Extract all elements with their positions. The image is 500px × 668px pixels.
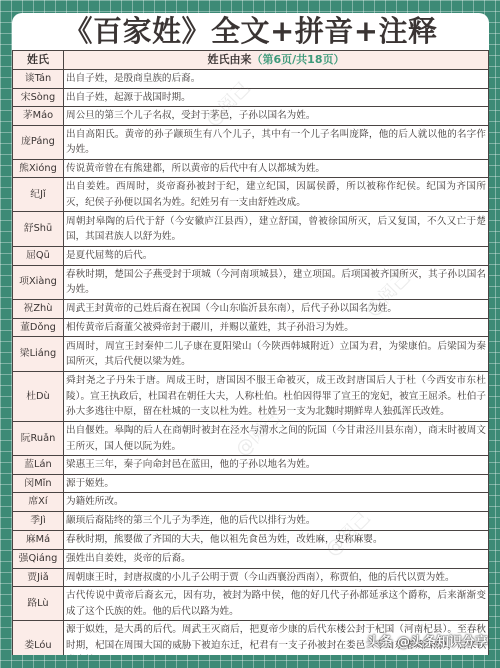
document-card: 《百家姓》全文+拼音+注释 姓氏 姓氏由来（第6页/共18页） 谈Tán出自子姓… — [12, 13, 489, 655]
surname-cell: 席Xí — [13, 493, 64, 512]
surname-cell: 梁Liáng — [13, 337, 64, 372]
origin-cell: 为籍姓所改。 — [64, 493, 489, 512]
source-watermark: 头条 @头条知识分享 — [366, 631, 488, 650]
column-header-surname: 姓氏 — [13, 51, 64, 70]
surname-cell: 纪Jǐ — [13, 178, 64, 212]
origin-cell: 春秋时期，熊婴做了齐国的大夫，他以祖先食邑为姓，改姓麻，史称麻婴。 — [64, 530, 489, 549]
table-row: 庞Páng出自高阳氏。黄帝的孙子颛顼生有八个儿子，其中有一个儿子名叫庞降，他的后… — [13, 125, 489, 159]
origin-cell: 周朝封皋陶的后代于舒（今安徽庐江县西），建立舒国，曾被徐国所灭，后又复国，不久又… — [64, 212, 489, 247]
origin-cell: 是夏代屈骜的后代。 — [64, 247, 489, 266]
origin-cell: 出自偃姓。皋陶的后人在商朝时被封在泾水与渭水之间的阮国（今甘肃泾川县东南），商末… — [64, 422, 489, 456]
table-row: 祝Zhù周武王封黄帝的己姓后裔在祝国（今山东临沂县东南），后代子孙以国名为姓。 — [13, 299, 489, 318]
table-row: 纪Jǐ出自姜姓。西周时，炎帝裔孙被封于纪，建立纪国，因属侯爵，所以被称作纪侯。纪… — [13, 178, 489, 212]
table-row: 董Dǒng相传黄帝后裔董父被舜帝封于鬷川，并赐以董姓，其子孙沿习为姓。 — [13, 318, 489, 337]
surname-cell: 宋Sòng — [13, 88, 64, 107]
table-row: 梁Liáng西周时，周宣王封秦仲二儿子康在夏阳梁山（今陕西韩城附近）立国为君，为… — [13, 337, 489, 372]
table-row: 谈Tán出自子姓，是殷商皇族的后裔。 — [13, 70, 489, 89]
surname-cell: 季Jì — [13, 512, 64, 531]
origin-cell: 春秋时期，楚国公子燕受封于项城（今河南项城县），建立项国。后项国被齐国所灭，其子… — [64, 265, 489, 299]
page-title: 《百家姓》全文+拼音+注释 — [12, 13, 489, 50]
column-header-origin: 姓氏由来（第6页/共18页） — [64, 51, 489, 70]
table-row: 宋Sòng出自子姓，起源于战国时期。 — [13, 88, 489, 107]
origin-cell: 西周时，周宣王封秦仲二儿子康在夏阳梁山（今陕西韩城附近）立国为君，为梁康伯。后梁… — [64, 337, 489, 372]
table-row: 舒Shū周朝封皋陶的后代于舒（今安徽庐江县西），建立舒国，曾被徐国所灭，后又复国… — [13, 212, 489, 247]
table-row: 屈Qū是夏代屈骜的后代。 — [13, 247, 489, 266]
origin-cell: 周朝康王时，封唐叔虞的小儿子公明于贾（今山西襄汾西南），称贾伯，他的后代以贾为姓… — [64, 568, 489, 587]
surname-cell: 项Xiàng — [13, 265, 64, 299]
surname-cell: 庞Páng — [13, 125, 64, 159]
origin-cell: 相传黄帝后裔董父被舜帝封于鬷川，并赐以董姓，其子孙沿习为姓。 — [64, 318, 489, 337]
origin-cell: 强姓出自姜姓，炎帝的后裔。 — [64, 549, 489, 568]
surname-cell: 路Lù — [13, 587, 64, 621]
surname-cell: 强Qiáng — [13, 549, 64, 568]
origin-cell: 舜封尧之子丹朱于唐。周成王时，唐国因不服王命被灭，成王改封唐国后人于杜（今西安市… — [64, 372, 489, 422]
origin-cell: 出自子姓，是殷商皇族的后裔。 — [64, 70, 489, 89]
table-row: 路Lù古代传说中黄帝后裔玄元，因有功，被封为路中侯，他的好几代子孙都延承这个爵称… — [13, 587, 489, 621]
surname-cell: 舒Shū — [13, 212, 64, 247]
table-row: 熊Xióng传说黄帝曾在有熊建都，所以黄帝的后代中有人以都城为姓。 — [13, 159, 489, 178]
origin-cell: 出自高阳氏。黄帝的孙子颛顼生有八个儿子，其中有一个儿子名叫庞降，他的后人就以他的… — [64, 125, 489, 159]
surname-cell: 杜Dù — [13, 372, 64, 422]
origin-cell: 出自子姓，起源于战国时期。 — [64, 88, 489, 107]
page-indicator: （第6页/共18页） — [252, 53, 345, 66]
surname-cell: 熊Xióng — [13, 159, 64, 178]
surname-cell: 祝Zhù — [13, 299, 64, 318]
origin-cell: 周公旦的第三个儿子名叔，受封于茅邑，子孙以国名为姓。 — [64, 107, 489, 126]
table-row: 杜Dù舜封尧之子丹朱于唐。周成王时，唐国因不服王命被灭，成王改封唐国后人于杜（今… — [13, 372, 489, 422]
table-row: 项Xiàng春秋时期，楚国公子燕受封于项城（今河南项城县），建立项国。后项国被齐… — [13, 265, 489, 299]
surname-cell: 董Dǒng — [13, 318, 64, 337]
origin-cell: 周武王封黄帝的己姓后裔在祝国（今山东临沂县东南），后代子孙以国名为姓。 — [64, 299, 489, 318]
table-row: 阮Ruǎn出自偃姓。皋陶的后人在商朝时被封在泾水与渭水之间的阮国（今甘肃泾川县东… — [13, 422, 489, 456]
table-body: 谈Tán出自子姓，是殷商皇族的后裔。宋Sòng出自子姓，起源于战国时期。茅Máo… — [13, 70, 489, 656]
table-row: 强Qiáng强姓出自姜姓，炎帝的后裔。 — [13, 549, 489, 568]
origin-cell: 古代传说中黄帝后裔玄元，因有功，被封为路中侯，他的好几代子孙都延承这个爵称，后来… — [64, 587, 489, 621]
surname-cell: 麻Má — [13, 530, 64, 549]
table-row: 季Jì颛顼后裔陆终的第三个儿子为季连，他的后代以排行为姓。 — [13, 512, 489, 531]
surname-cell: 茅Máo — [13, 107, 64, 126]
surname-cell: 贾Jiǎ — [13, 568, 64, 587]
origin-cell: 梁惠王三年，秦子向命封邑在蓝田，他的子孙以地名为姓。 — [64, 456, 489, 475]
origin-cell: 颛顼后裔陆终的第三个儿子为季连，他的后代以排行为姓。 — [64, 512, 489, 531]
table-header-row: 姓氏 姓氏由来（第6页/共18页） — [13, 51, 489, 70]
surname-cell: 屈Qū — [13, 247, 64, 266]
surname-cell: 谈Tán — [13, 70, 64, 89]
table-row: 贾Jiǎ周朝康王时，封唐叔虞的小儿子公明于贾（今山西襄汾西南），称贾伯，他的后代… — [13, 568, 489, 587]
table-row: 闵Mǐn源于姬姓。 — [13, 474, 489, 493]
origin-header-label: 姓氏由来 — [208, 53, 252, 66]
table-row: 席Xí为籍姓所改。 — [13, 493, 489, 512]
origin-cell: 源于姬姓。 — [64, 474, 489, 493]
surname-cell: 蓝Lán — [13, 456, 64, 475]
table-row: 麻Má春秋时期，熊婴做了齐国的大夫，他以祖先食邑为姓，改姓麻，史称麻婴。 — [13, 530, 489, 549]
surname-cell: 闵Mǐn — [13, 474, 64, 493]
surname-table: 姓氏 姓氏由来（第6页/共18页） 谈Tán出自子姓，是殷商皇族的后裔。宋Sòn… — [12, 50, 489, 655]
surname-cell: 阮Ruǎn — [13, 422, 64, 456]
table-row: 蓝Lán梁惠王三年，秦子向命封邑在蓝田，他的子孙以地名为姓。 — [13, 456, 489, 475]
origin-cell: 出自姜姓。西周时，炎帝裔孙被封于纪，建立纪国，因属侯爵，所以被称作纪侯。纪国为齐… — [64, 178, 489, 212]
surname-cell: 娄Lóu — [13, 621, 64, 656]
table-row: 茅Máo周公旦的第三个儿子名叔，受封于茅邑，子孙以国名为姓。 — [13, 107, 489, 126]
origin-cell: 传说黄帝曾在有熊建都，所以黄帝的后代中有人以都城为姓。 — [64, 159, 489, 178]
